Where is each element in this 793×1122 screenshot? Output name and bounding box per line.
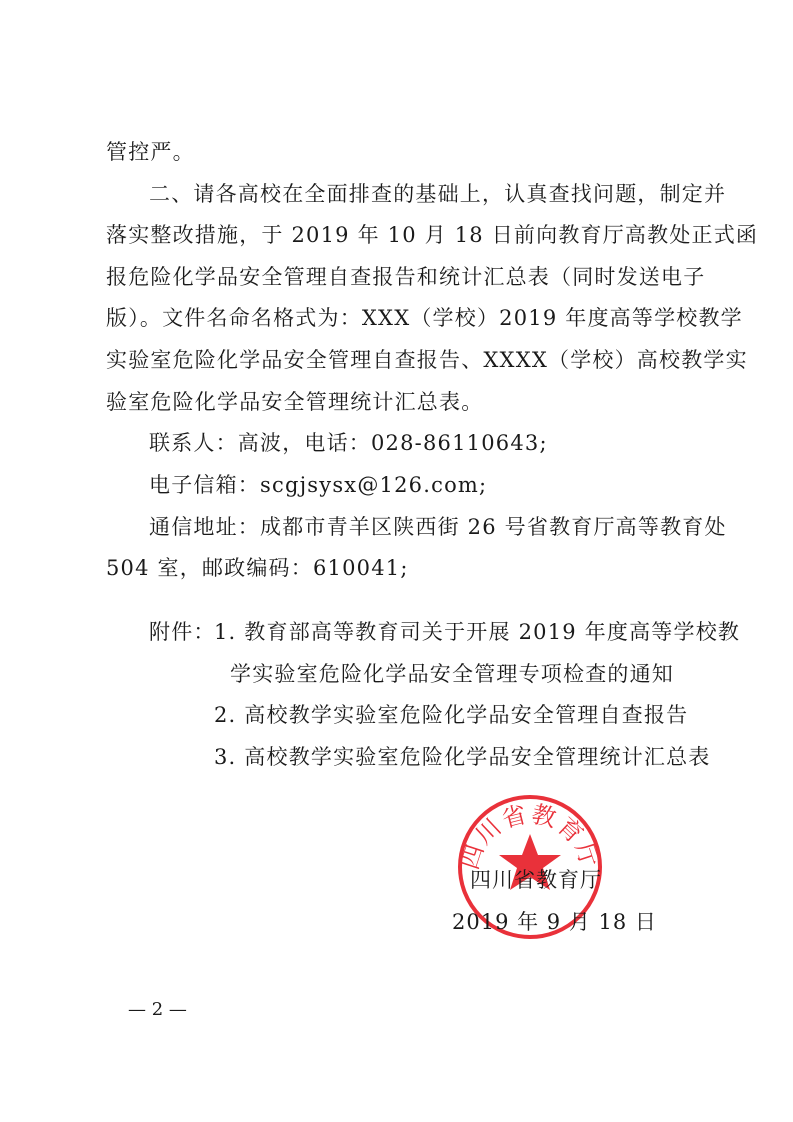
body-line: 管控严。 [106, 138, 696, 166]
contact-address-cont: 504 室，邮政编码：610041; [106, 554, 696, 582]
attachments-label: 附件： [149, 618, 216, 646]
body-line: 版）。文件名命名格式为：XXX（学校）2019 年度高等学校教学 [106, 304, 696, 332]
attachment-item-2: 2. 高校教学实验室危险化学品安全管理自查报告 [214, 701, 692, 729]
contact-address: 通信地址：成都市青羊区陕西街 26 号省教育厅高等教育处 [149, 513, 696, 541]
body-line: 二、请各高校在全面排查的基础上，认真查找问题，制定并 [149, 180, 696, 208]
attachment-item-3: 3. 高校教学实验室危险化学品安全管理统计汇总表 [214, 743, 692, 771]
contact-email: 电子信箱：scgjsysx@126.com; [149, 471, 696, 499]
signature-date: 2019 年 9 月 18 日 [452, 908, 657, 936]
body-line: 验室危险化学品安全管理统计汇总表。 [106, 388, 696, 416]
contact-person: 联系人：高波，电话：028-86110643; [149, 429, 696, 457]
body-line: 落实整改措施，于 2019 年 10 月 18 日前向教育厅高教处正式函 [106, 221, 696, 249]
document-page: 管控严。 二、请各高校在全面排查的基础上，认真查找问题，制定并 落实整改措施，于… [0, 0, 793, 1122]
page-number: — 2 — [128, 998, 187, 1022]
body-line: 报危险化学品安全管理自查报告和统计汇总表（同时发送电子 [106, 263, 696, 291]
signature-organization: 四川省教育厅 [470, 866, 602, 894]
attachment-item-1-cont: 学实验室危险化学品安全管理专项检查的通知 [230, 660, 700, 688]
attachment-item-1: 1. 教育部高等教育司关于开展 2019 年度高等学校教 [214, 618, 692, 646]
body-line: 实验室危险化学品安全管理自查报告、XXXX（学校）高校教学实 [106, 346, 696, 374]
